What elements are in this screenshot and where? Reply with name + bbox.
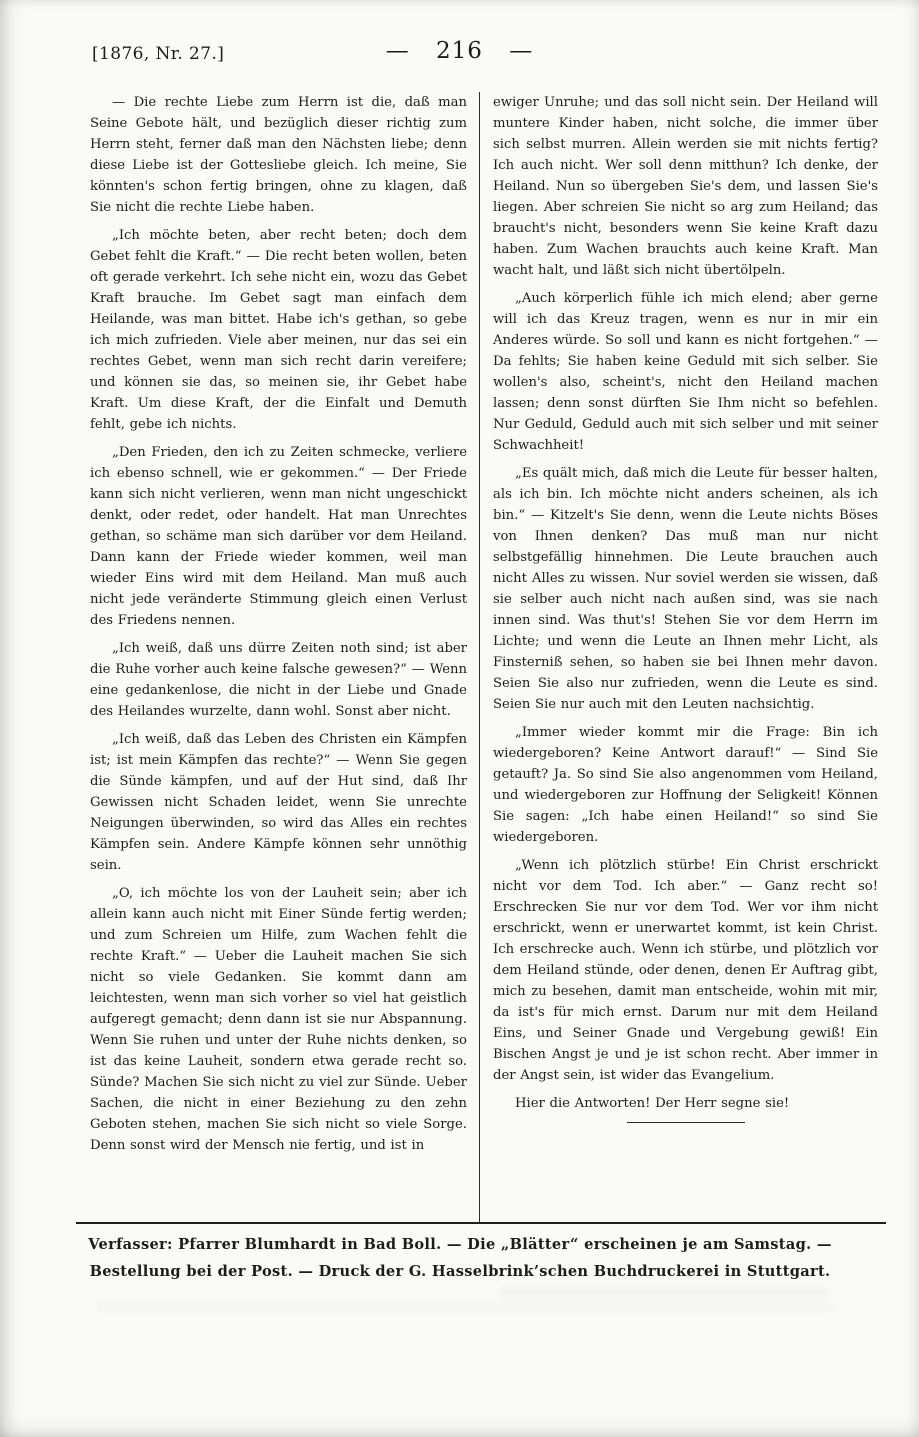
column-left: — Die rechte Liebe zum Herrn ist die, da… [90,92,480,1222]
closing-line: Hier die Antworten! Der Herr segne sie! [493,1093,878,1114]
paragraph: „Den Frieden, den ich zu Zeiten schmecke… [90,442,467,631]
issue-label: [1876, Nr. 27.] [92,44,224,64]
imprint-footer: Verfasser: Pfarrer Blumhardt in Bad Boll… [40,1231,880,1285]
paragraph: ewiger Unruhe; und das soll nicht sein. … [493,92,878,281]
paragraph: „Immer wieder kommt mir die Frage: Bin i… [493,722,878,848]
page-number: — 216 — [386,38,534,64]
column-right: ewiger Unruhe; und das soll nicht sein. … [480,92,878,1222]
paragraph: „Ich weiß, daß uns dürre Zeiten noth sin… [90,638,467,722]
ink-bleed-through [500,1288,830,1297]
paragraph: — Die rechte Liebe zum Herrn ist die, da… [90,92,467,218]
paragraph: „O, ich möchte los von der Lauheit sein;… [90,883,467,1156]
text-columns: — Die rechte Liebe zum Herrn ist die, da… [90,92,878,1222]
paragraph: „Wenn ich plötzlich stürbe! Ein Christ e… [493,855,878,1086]
paragraph: „Ich möchte beten, aber recht beten; doc… [90,225,467,435]
paragraph: „Ich weiß, daß das Leben des Christen ei… [90,729,467,876]
paragraph: „Auch körperlich fühle ich mich elend; a… [493,288,878,456]
page-header: [1876, Nr. 27.] — 216 — [0,42,919,76]
scanned-page: [1876, Nr. 27.] — 216 — — Die rechte Lie… [0,0,919,1437]
end-divider-rule [627,1122,745,1123]
ink-bleed-through [95,1303,835,1311]
imprint-line-2: Bestellung bei der Post. — Druck der G. … [40,1258,880,1285]
paragraph: „Es quält mich, daß mich die Leute für b… [493,463,878,715]
footer-rule [76,1222,886,1224]
imprint-line-1: Verfasser: Pfarrer Blumhardt in Bad Boll… [40,1231,880,1258]
